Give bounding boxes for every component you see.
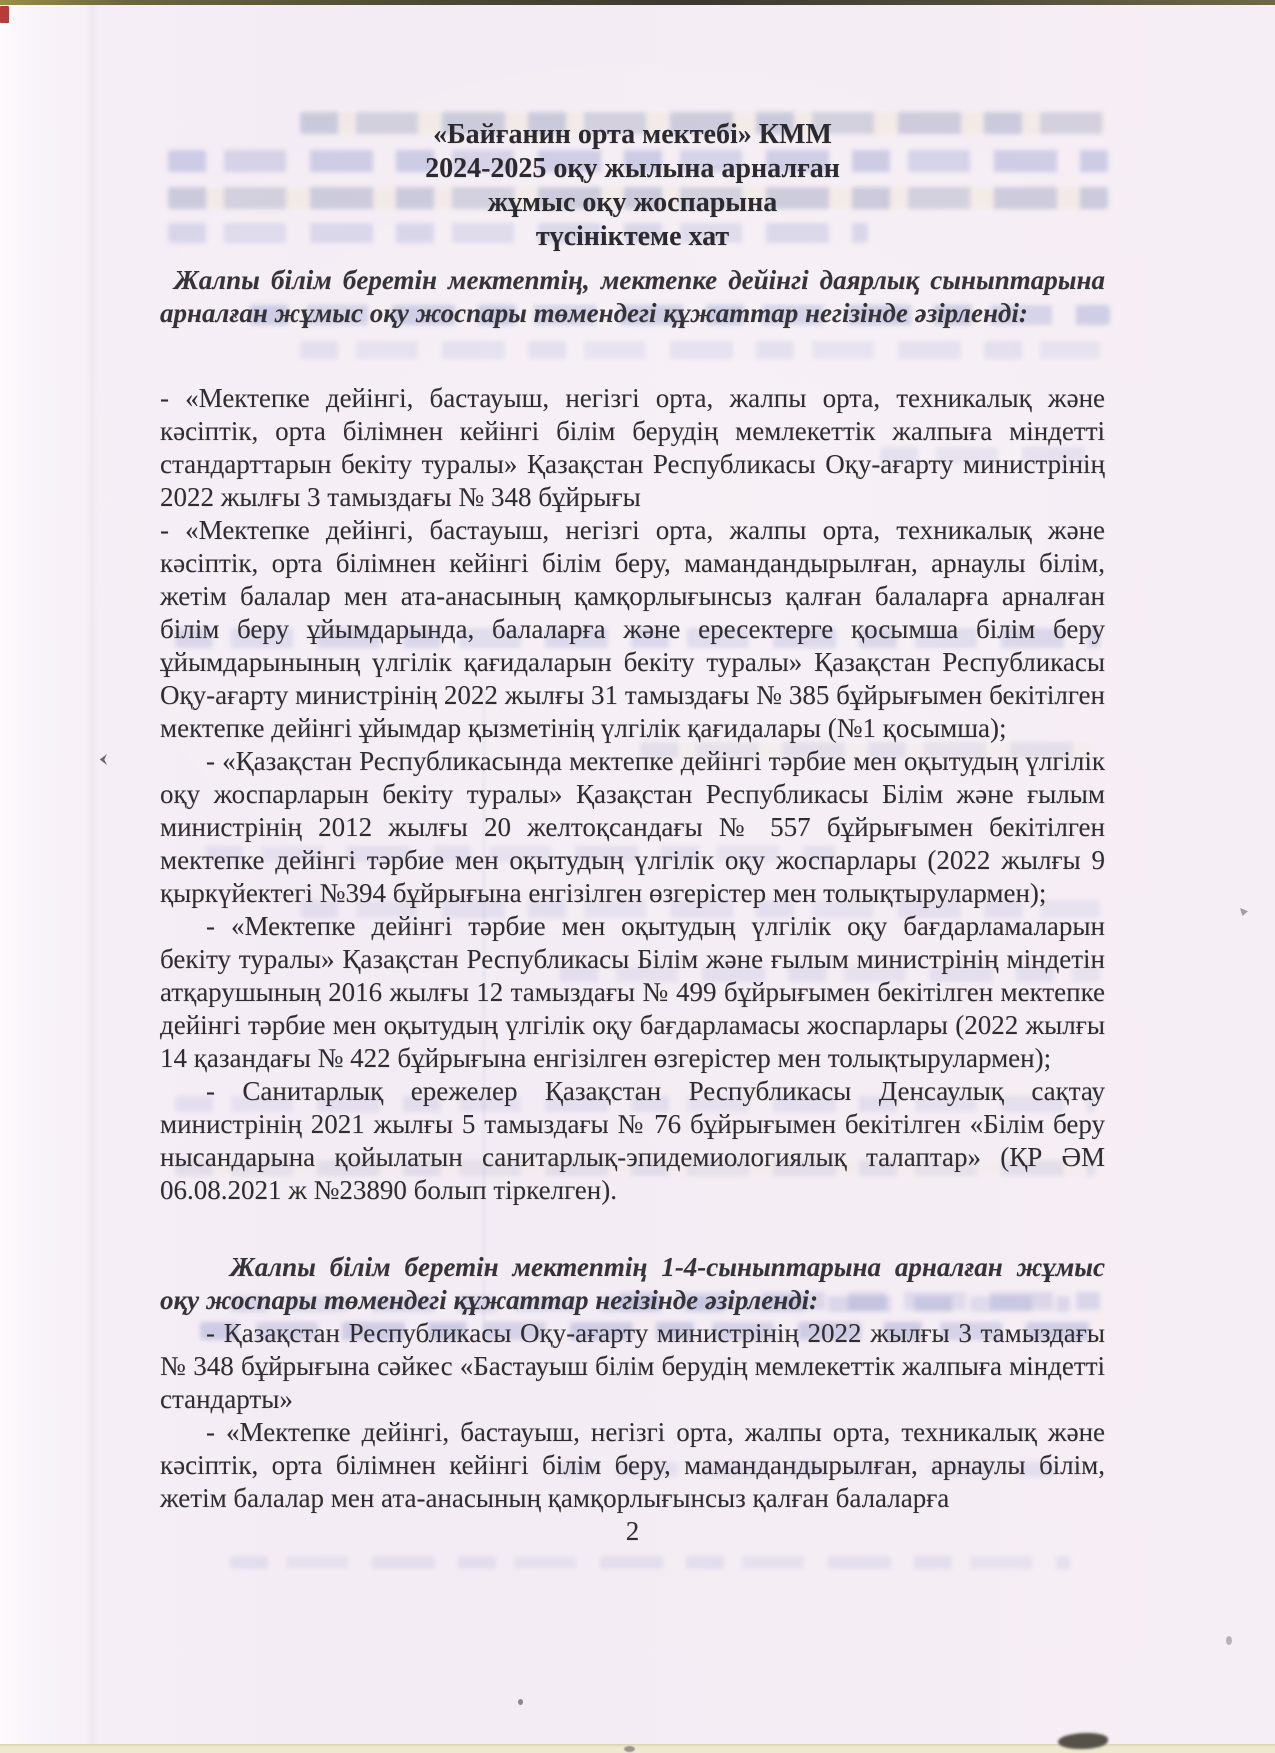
ink-speck xyxy=(518,1699,523,1705)
document-title-line: «Байғанин орта мектебі» КММ xyxy=(160,118,1105,152)
legal-paragraph: - «Мектепке дейінгі, бастауыш, негізгі о… xyxy=(160,514,1105,745)
bleed-through-line xyxy=(230,1556,1070,1569)
scanned-page: «Байғанин орта мектебі» КММ 2024-2025 оқ… xyxy=(0,0,1275,1753)
legal-paragraph: - «Мектепке дейінгі, бастауыш, негізгі о… xyxy=(160,1416,1105,1515)
section-heading-primary: Жалпы білім беретін мектептің 1-4-сыныпт… xyxy=(160,1251,1105,1317)
section-heading-preschool: Жалпы білім беретін мектептің, мектепке … xyxy=(160,264,1105,330)
ink-speck xyxy=(0,6,9,23)
legal-paragraph: - «Мектепке дейінгі тәрбие мен оқытудың … xyxy=(160,910,1105,1075)
scan-edge-top xyxy=(0,0,1275,5)
page-number: 2 xyxy=(160,1515,1105,1548)
ink-speck xyxy=(98,754,107,765)
document-title-line: түсініктеме хат xyxy=(160,220,1105,254)
legal-paragraph: - Санитарлық ережелер Қазақстан Республи… xyxy=(160,1075,1105,1207)
ink-speck xyxy=(1240,908,1248,916)
ink-speck xyxy=(624,1746,635,1752)
legal-paragraph: - «Мектепке дейінгі, бастауыш, негізгі о… xyxy=(160,382,1105,514)
legal-paragraph: - Қазақстан Республикасы Оқу-ағарту мини… xyxy=(160,1317,1105,1416)
document-title: «Байғанин орта мектебі» КММ 2024-2025 оқ… xyxy=(160,118,1105,254)
document-title-line: жұмыс оқу жоспарына xyxy=(160,186,1105,220)
ink-speck xyxy=(1226,1636,1232,1645)
document-title-line: 2024-2025 оқу жылына арналған xyxy=(160,152,1105,186)
document-body: «Байғанин орта мектебі» КММ 2024-2025 оқ… xyxy=(160,118,1105,1548)
legal-paragraph: - «Қазақстан Республикасында мектепке де… xyxy=(160,745,1105,910)
